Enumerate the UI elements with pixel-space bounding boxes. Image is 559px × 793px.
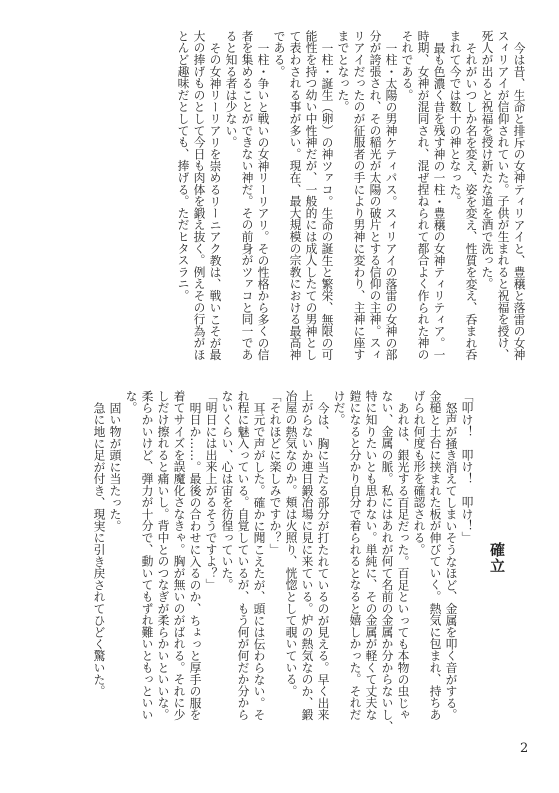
text-line: それである。 (399, 30, 415, 360)
paragraph: 一柱・太陽の男神ケティパス。スィリアイの落雷の女神の部 分が誇張され、その稲光が… (335, 30, 399, 360)
text-line: ると知る者は少ない。 (223, 30, 239, 360)
text-line: 怒声が掻き消えてしまいそうなほど、金属を叩く音がする。 (443, 390, 459, 732)
paragraph: あれは、銀光する百足だった。百足といっても本物の虫じゃ ない、金属の脈。私にはあ… (331, 390, 411, 732)
text-line: 時期、女神が混同され、混ぜ捏ねられて都合よく作られた神の (415, 30, 431, 360)
text-line: 一柱・太陽の男神ケティパス。スィリアイの落雷の女神の部 (383, 30, 399, 360)
paragraph: その女神リーリアリを崇めるリーニアク教は、戦いこそが最 大の捧げものとして今日も… (175, 30, 223, 360)
paragraph: 明日か……。最後の合わせに入るのか、ちょっと厚手の服を 着てサイズを誤魔化さなき… (123, 390, 203, 732)
text-line: 者を集めることができない神だ。その前身がツァコと同一であ (239, 30, 255, 360)
paragraph: 固い物が頭に当たった。 (107, 390, 123, 732)
text-line: リアイだったのが征服者の手により男神に変わり、主神に座す (351, 30, 367, 360)
text-line: 急に地に足が付き、現実に引き戻されてひどく驚いた。 (91, 390, 107, 732)
intro-text-block: 今は昔、生命と排斥の女神ティリアイと、豊穣と落雷の女神 スィリアイが信仰されてい… (175, 30, 527, 360)
paragraph: 一柱・争いと戦いの女神リーリアリ。その性格から多くの信 者を集めることができない… (223, 30, 271, 360)
paragraph: 今は昔、生命と排斥の女神ティリアイと、豊穣と落雷の女神 スィリアイが信仰されてい… (479, 30, 527, 360)
paragraph: 怒声が掻き消えてしまいそうなほど、金属を叩く音がする。 金槌と土台に挟まれた板が… (411, 390, 459, 732)
text-line: 明日か……。最後の合わせに入るのか、ちょっと厚手の服を (187, 390, 203, 732)
text-line: 固い物が頭に当たった。 (107, 390, 123, 732)
text-line: れ程に魅入っている。自覚しているが、もう何が何だか分から (235, 390, 251, 732)
paragraph: それがいつしか名を変え、姿を変え、性質を変え、呑まれ呑 まれて今では数十の神とな… (447, 30, 479, 360)
text-line: 着てサイズを誤魔化さなきゃ。胸が無いのがばれる。それに少 (171, 390, 187, 732)
text-line: 分が誇張され、その稲光が太陽の破片とする信仰の主神。スィ (367, 30, 383, 360)
text-line: 今は、胸に当たる部分が打たれているのが見える。早く出来 (315, 390, 331, 732)
text-line: 鎧になると分かり自分で着られるとなると嬉しかった。それだ (347, 390, 363, 732)
page-number: 2 (520, 741, 528, 756)
chapter-title: 確立 (489, 542, 505, 574)
text-line: 今は昔、生命と排斥の女神ティリアイと、豊穣と落雷の女神 (511, 30, 527, 360)
paragraph: 耳元で声がした。確かに聞こえたが、頭には伝わらない。そ れ程に魅入っている。自覚… (219, 390, 267, 732)
text-line: その女神リーリアリを崇めるリーニアク教は、戦いこそが最 (207, 30, 223, 360)
paragraph: 一柱・誕生（卵）の神ツァコ。生命の誕生と繁栄、無限の可 能性を持つ幼い中性神だが… (271, 30, 335, 360)
text-line: である。 (271, 30, 287, 360)
dialogue-paragraph: 「それほどに楽しみですか？」 (267, 390, 283, 732)
text-line: しだけ擦れると痛いし。背中とのつなぎが柔らかいといいな。 (155, 390, 171, 732)
paragraph: 今は、胸に当たる部分が打たれているのが見える。早く出来 上がらないか連日鍛冶場に… (283, 390, 331, 732)
text-line: スィリアイが信仰されていた。子供が生まれると祝福を授け、 (495, 30, 511, 360)
text-line: まれて今では数十の神となった。 (447, 30, 463, 360)
text-line: 冶屋の熱気なのか。頬は火照り、恍惚として覗いている。 (283, 390, 299, 732)
dialogue-paragraph: 「叩け！ 叩け！ 叩け！」 (459, 390, 475, 732)
text-line: 柔らかいけど、弾力が十分で、動いてもずれ難いともっといい (139, 390, 155, 732)
dialogue-paragraph: 「明日には出来上がるそうですよ？」 (203, 390, 219, 732)
text-line: までとなった。 (335, 30, 351, 360)
text-line: あれは、銀光する百足だった。百足といっても本物の虫じゃ (395, 390, 411, 732)
text-line: それがいつしか名を変え、姿を変え、性質を変え、呑まれ呑 (463, 30, 479, 360)
text-line: 特に知りたいとも思わない。単純に、その金属が軽くて丈夫な (363, 390, 379, 732)
text-line: 「それほどに楽しみですか？」 (267, 390, 283, 732)
chapter-text-block: 「叩け！ 叩け！ 叩け！」 怒声が掻き消えてしまいそうなほど、金属を叩く音がする… (91, 390, 475, 732)
text-line: 能性を持つ幼い中性神だが、一般的には成人したての男神とし (303, 30, 319, 360)
paragraph: 最も色濃く昔を残す神の一柱・豊穣の女神ティリティア。一 時期、女神が混同され、混… (399, 30, 447, 360)
text-line: 「明日には出来上がるそうですよ？」 (203, 390, 219, 732)
text-line: 最も色濃く昔を残す神の一柱・豊穣の女神ティリティア。一 (431, 30, 447, 360)
text-line: ないくらい、心は宙を彷徨っていた。 (219, 390, 235, 732)
text-line: て表わされる事が多い。現在、最大規模の宗教における最高神 (287, 30, 303, 360)
text-line: けだ。 (331, 390, 347, 732)
text-line: 一柱・争いと戦いの女神リーリアリ。その性格から多くの信 (255, 30, 271, 360)
text-line: とんど趣味だとしても、捧げる。ただヒタスラニ。 (175, 30, 191, 360)
document-page: 今は昔、生命と排斥の女神ティリアイと、豊穣と落雷の女神 スィリアイが信仰されてい… (0, 0, 559, 793)
text-line: 大の捧げものとして今日も肉体を鍛え抜く。例えその行為がほ (191, 30, 207, 360)
text-line: 「叩け！ 叩け！ 叩け！」 (459, 390, 475, 732)
text-line: 一柱・誕生（卵）の神ツァコ。生命の誕生と繁栄、無限の可 (319, 30, 335, 360)
text-line: ない、金属の脈。私にはあれが何て名前の金属か分からないし、 (379, 390, 395, 732)
text-line: な。 (123, 390, 139, 732)
text-line: 金槌と土台に挟まれた板が伸びていく。熱気に包まれ、持ちあ (427, 390, 443, 732)
text-line: 上がらないか連日鍛冶場に見に来ている。炉の熱気なのか、鍛 (299, 390, 315, 732)
text-line: 死人が出ると祝福を授け新たな道を酒で洗った。 (479, 30, 495, 360)
text-line: 耳元で声がした。確かに聞こえたが、頭には伝わらない。そ (251, 390, 267, 732)
text-line: げられ何度も形を確認される。 (411, 390, 427, 732)
paragraph: 急に地に足が付き、現実に引き戻されてひどく驚いた。 (91, 390, 107, 732)
